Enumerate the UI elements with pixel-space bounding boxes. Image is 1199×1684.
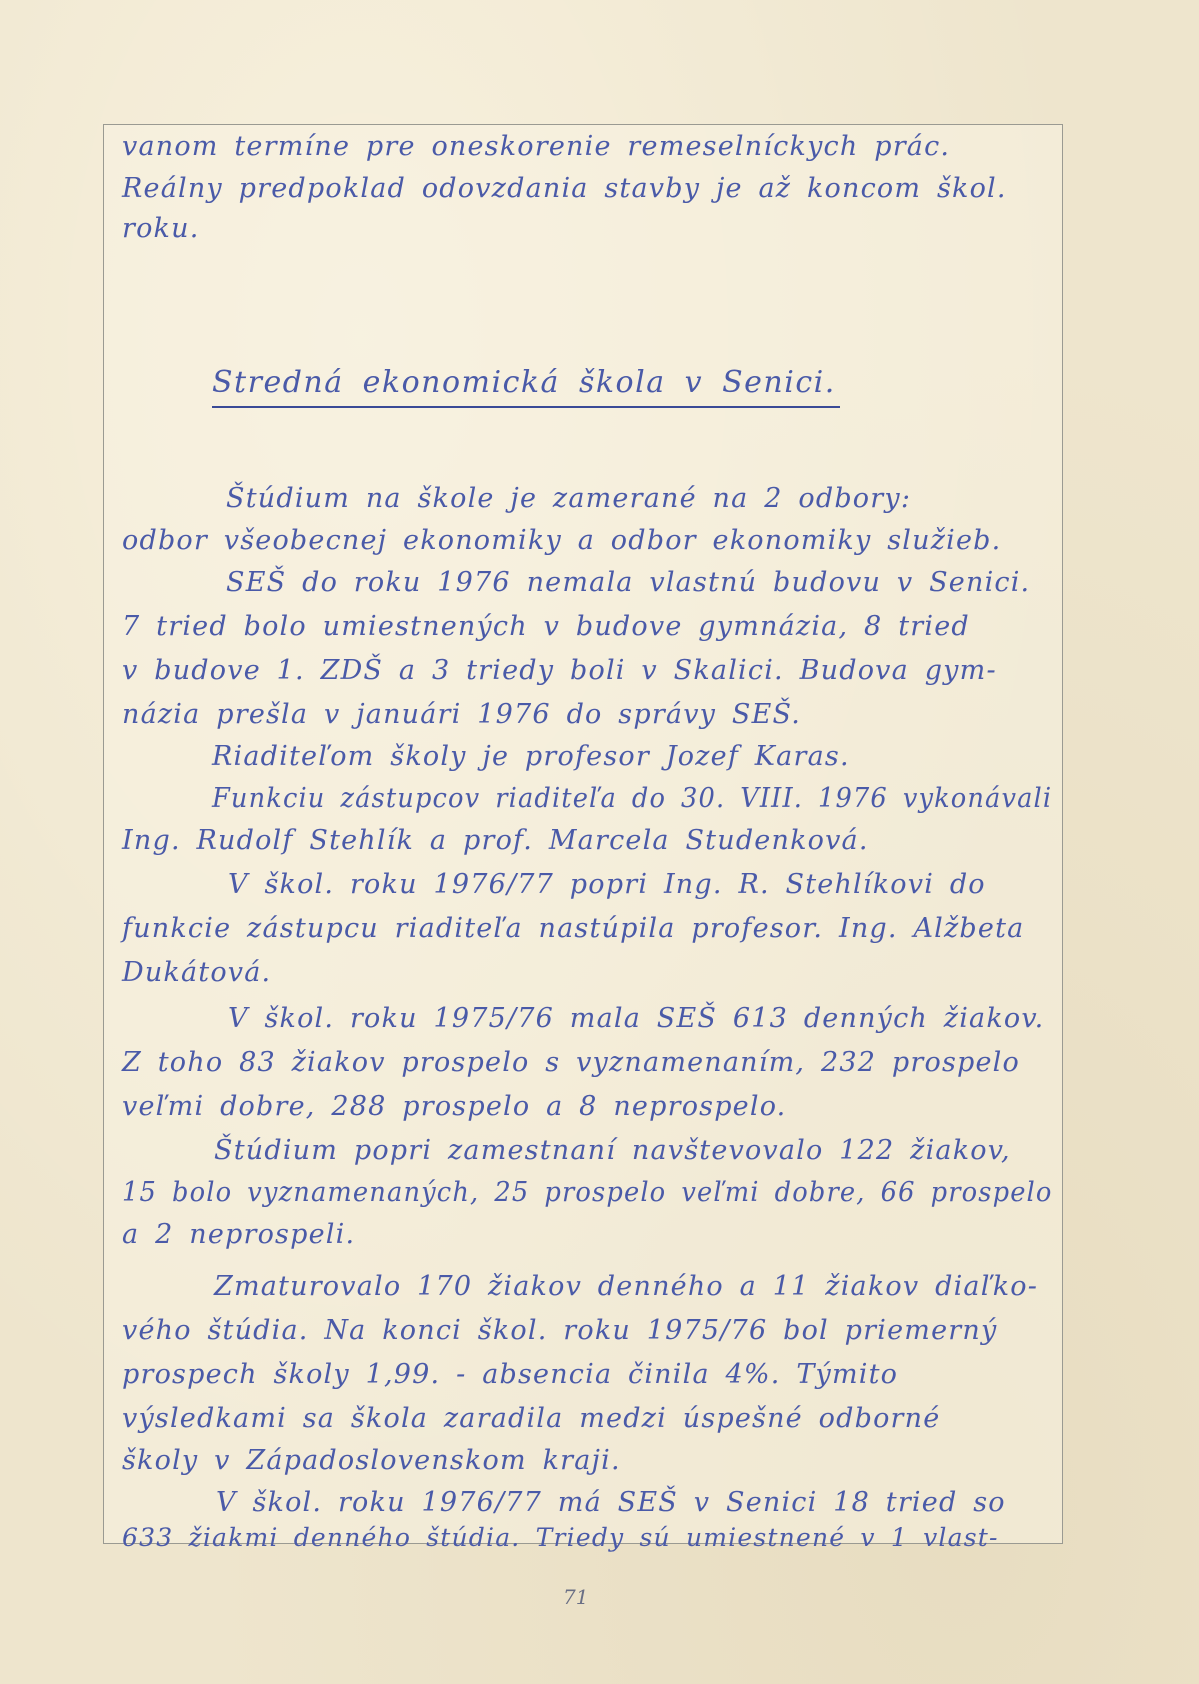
text-line: 15 bolo vyznamenaných, 25 prospelo veľmi… — [122, 1177, 1053, 1208]
text-line: veľmi dobre, 288 prospelo a 8 neprospelo… — [122, 1091, 786, 1122]
text-line: funkcie zástupcu riaditeľa nastúpila pro… — [122, 913, 1024, 944]
page-number: 71 — [563, 1585, 588, 1609]
text-line: v budove 1. ZDŠ a 3 triedy boli v Skalic… — [122, 655, 997, 686]
section-heading: Stredná ekonomická škola v Senici. — [212, 365, 840, 408]
text-line: odbor všeobecnej ekonomiky a odbor ekono… — [122, 525, 1001, 556]
text-line: 7 tried bolo umiestnených v budove gymná… — [122, 611, 970, 642]
text-line: vanom termíne pre oneskorenie remeselníc… — [122, 131, 950, 162]
text-line: Riaditeľom školy je profesor Jozef Karas… — [212, 741, 850, 772]
text-line: vého štúdia. Na konci škol. roku 1975/76… — [122, 1315, 997, 1346]
text-line: prospech školy 1,99. - absencia činila 4… — [122, 1359, 898, 1390]
text-line: SEŠ do roku 1976 nemala vlastnú budovu v… — [226, 567, 1030, 598]
text-line: 633 žiakmi denného štúdia. Triedy sú umi… — [122, 1523, 999, 1552]
text-line: Dukátová. — [122, 957, 271, 988]
text-line: názia prešla v januári 1976 do správy SE… — [122, 699, 801, 730]
text-line: Reálny predpoklad odovzdania stavby je a… — [122, 173, 1007, 204]
text-line: roku. — [122, 213, 200, 244]
text-line: V škol. roku 1976/77 popri Ing. R. Stehl… — [228, 869, 986, 900]
text-line: školy v Západoslovenskom kraji. — [122, 1445, 621, 1476]
text-line: Ing. Rudolf Stehlík a prof. Marcela Stud… — [122, 825, 869, 856]
text-line: výsledkami sa škola zaradila medzi úspeš… — [122, 1403, 940, 1434]
text-line: Zmaturovalo 170 žiakov denného a 11 žiak… — [214, 1271, 1038, 1302]
text-line: a 2 neprospeli. — [122, 1219, 355, 1250]
text-line: V škol. roku 1975/76 mala SEŠ 613 dennýc… — [228, 1003, 1044, 1034]
text-line: Z toho 83 žiakov prospelo s vyznamenaním… — [122, 1047, 1020, 1078]
text-line: Funkciu zástupcov riaditeľa do 30. VIII.… — [212, 783, 1052, 814]
text-line: Štúdium na škole je zamerané na 2 odbory… — [226, 483, 911, 514]
text-line: Štúdium popri zamestnaní navštevovalo 12… — [214, 1135, 1011, 1166]
writing-frame: vanom termíne pre oneskorenie remeselníc… — [103, 124, 1063, 1544]
text-line: V škol. roku 1976/77 má SEŠ v Senici 18 … — [216, 1487, 1006, 1518]
